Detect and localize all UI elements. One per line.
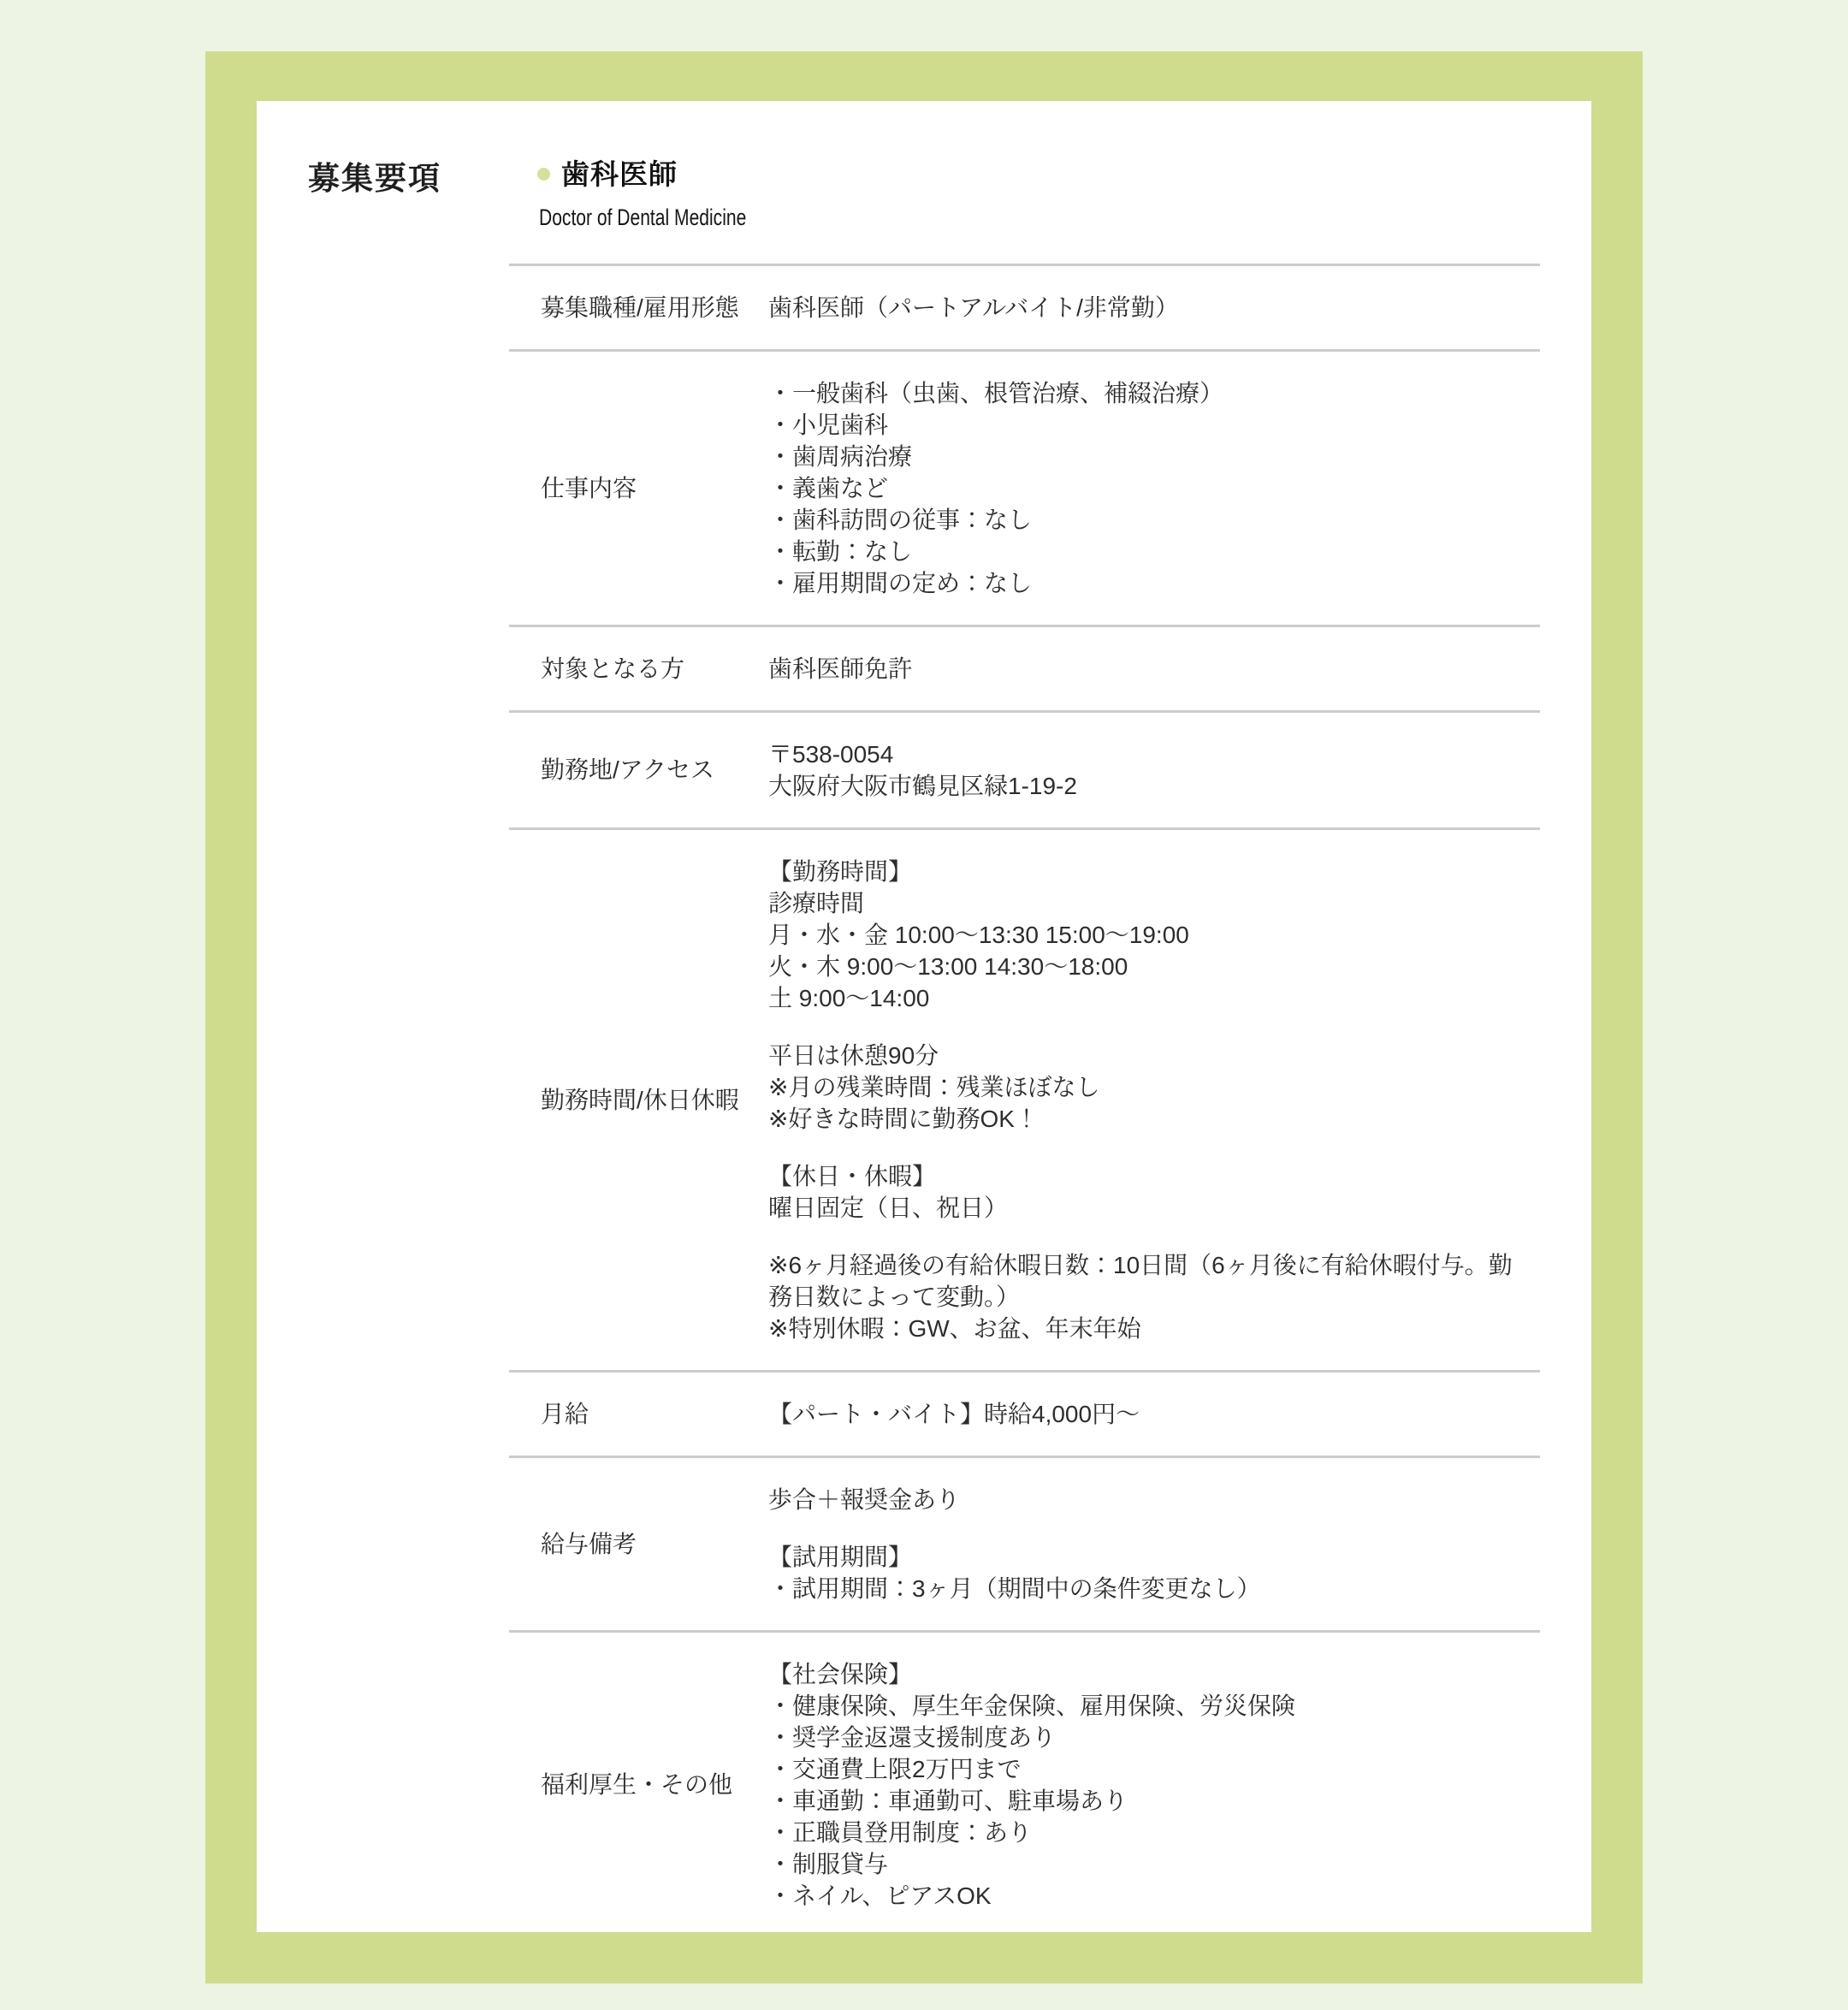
content-line: 歩合＋報奨金あり: [768, 1484, 1531, 1515]
content-line: 【社会保険】: [768, 1658, 1531, 1690]
content-line: 診療時間: [768, 887, 1531, 919]
content-line: 大阪府大阪市鶴見区緑1-19-2: [768, 770, 1531, 802]
content-line: ・小児歯科: [768, 409, 1531, 441]
row-label: 対象となる方: [509, 654, 768, 685]
section-title: 募集要項: [308, 152, 509, 199]
table-row: 勤務時間/休日休暇 【勤務時間】診療時間月・水・金 10:00〜13:30 15…: [509, 827, 1540, 1370]
content-line: 土 9:00〜14:00: [768, 982, 1531, 1014]
content-line: ・ネイル、ピアスOK: [768, 1880, 1531, 1912]
content-blank-line: [768, 1515, 1531, 1541]
content-line: ・一般歯科（虫歯、根管治療、補綴治療）: [768, 377, 1531, 409]
content-line: ・歯科訪問の従事：なし: [768, 504, 1531, 536]
content-sheet: 募集要項 歯科医師 Doctor of Dental Medicine 募集職種…: [257, 101, 1591, 1932]
content-line: ※6ヶ月経過後の有給休暇日数：10日間（6ヶ月後に有給休暇付与。勤務日数によって…: [768, 1249, 1531, 1313]
row-label: 勤務地/アクセス: [509, 755, 768, 786]
main-column: 歯科医師 Doctor of Dental Medicine 募集職種/雇用形態…: [509, 152, 1540, 1932]
job-subtitle-english: Doctor of Dental Medicine: [539, 205, 1320, 231]
content-line: 【勤務時間】: [768, 856, 1531, 887]
green-dot-icon: [537, 168, 550, 181]
content-line: 【試用期間】: [768, 1541, 1531, 1573]
row-label: 勤務時間/休日休暇: [509, 1085, 768, 1116]
row-label: 給与備考: [509, 1529, 768, 1560]
row-content: ・一般歯科（虫歯、根管治療、補綴治療）・小児歯科・歯周病治療・義歯など・歯科訪問…: [768, 377, 1540, 599]
row-content: 歯科医師免許: [768, 653, 1540, 685]
content-line: 平日は休憩90分: [768, 1040, 1531, 1071]
content-line: ・転勤：なし: [768, 536, 1531, 567]
content-line: ※特別休暇：GW、お盆、年末年始: [768, 1313, 1531, 1344]
content-line: ※月の残業時間：残業ほぼなし: [768, 1071, 1531, 1103]
row-label: 月給: [509, 1399, 768, 1430]
content-line: 【パート・バイト】時給4,000円〜: [768, 1398, 1531, 1430]
content-line: 歯科医師（パートアルバイト/非常勤）: [768, 292, 1531, 323]
row-content: 【勤務時間】診療時間月・水・金 10:00〜13:30 15:00〜19:00火…: [768, 856, 1540, 1344]
content-line: ・健康保険、厚生年金保険、雇用保険、労災保険: [768, 1690, 1531, 1722]
row-content: 歩合＋報奨金あり【試用期間】・試用期間：3ヶ月（期間中の条件変更なし）: [768, 1484, 1540, 1604]
content-line: 歯科医師免許: [768, 653, 1531, 685]
row-content: 【パート・バイト】時給4,000円〜: [768, 1398, 1540, 1430]
row-content: 〒538-0054大阪府大阪市鶴見区緑1-19-2: [768, 738, 1540, 802]
green-frame: 募集要項 歯科医師 Doctor of Dental Medicine 募集職種…: [205, 51, 1643, 1983]
row-content: 歯科医師（パートアルバイト/非常勤）: [768, 292, 1540, 323]
content-line: ・制服貸与: [768, 1848, 1531, 1880]
table-row: 募集職種/雇用形態 歯科医師（パートアルバイト/非常勤）: [509, 264, 1540, 349]
content-blank-line: [768, 1014, 1531, 1040]
content-line: 火・木 9:00〜13:00 14:30〜18:00: [768, 951, 1531, 982]
content-line: ・車通勤：車通勤可、駐車場あり: [768, 1785, 1531, 1817]
content-line: ・試用期間：3ヶ月（期間中の条件変更なし）: [768, 1573, 1531, 1604]
job-details-table: 募集職種/雇用形態 歯科医師（パートアルバイト/非常勤） 仕事内容 ・一般歯科（…: [509, 264, 1540, 1932]
content-line: ・歯周病治療: [768, 441, 1531, 472]
row-content: 【社会保険】・健康保険、厚生年金保険、雇用保険、労災保険・奨学金返還支援制度あり…: [768, 1658, 1540, 1912]
content-line: 〒538-0054: [768, 738, 1531, 770]
job-title-row: 歯科医師: [537, 152, 1540, 193]
table-row: 給与備考 歩合＋報奨金あり【試用期間】・試用期間：3ヶ月（期間中の条件変更なし）: [509, 1456, 1540, 1630]
row-label: 募集職種/雇用形態: [509, 293, 768, 323]
content-line: ・正職員登用制度：あり: [768, 1817, 1531, 1848]
content-line: 月・水・金 10:00〜13:30 15:00〜19:00: [768, 919, 1531, 951]
job-header: 歯科医師 Doctor of Dental Medicine: [509, 152, 1540, 231]
table-row: 月給 【パート・バイト】時給4,000円〜: [509, 1370, 1540, 1456]
table-row: 仕事内容 ・一般歯科（虫歯、根管治療、補綴治療）・小児歯科・歯周病治療・義歯など…: [509, 349, 1540, 625]
table-row: 勤務地/アクセス 〒538-0054大阪府大阪市鶴見区緑1-19-2: [509, 710, 1540, 827]
content-line: 曜日固定（日、祝日）: [768, 1192, 1531, 1224]
content-blank-line: [768, 1224, 1531, 1249]
content-blank-line: [768, 1135, 1531, 1160]
content-line: ・奨学金返還支援制度あり: [768, 1722, 1531, 1753]
row-label: 仕事内容: [509, 473, 768, 504]
content-line: ・交通費上限2万円まで: [768, 1753, 1531, 1785]
table-row: 対象となる方 歯科医師免許: [509, 625, 1540, 710]
table-row: 福利厚生・その他 【社会保険】・健康保険、厚生年金保険、雇用保険、労災保険・奨学…: [509, 1630, 1540, 1932]
content-line: ・義歯など: [768, 472, 1531, 504]
row-label: 福利厚生・その他: [509, 1770, 768, 1800]
content-line: 【休日・休暇】: [768, 1160, 1531, 1192]
job-title: 歯科医師: [561, 152, 678, 193]
content-line: ※好きな時間に勤務OK！: [768, 1103, 1531, 1135]
side-column: 募集要項: [308, 152, 509, 1932]
content-line: ・雇用期間の定め：なし: [768, 567, 1531, 599]
